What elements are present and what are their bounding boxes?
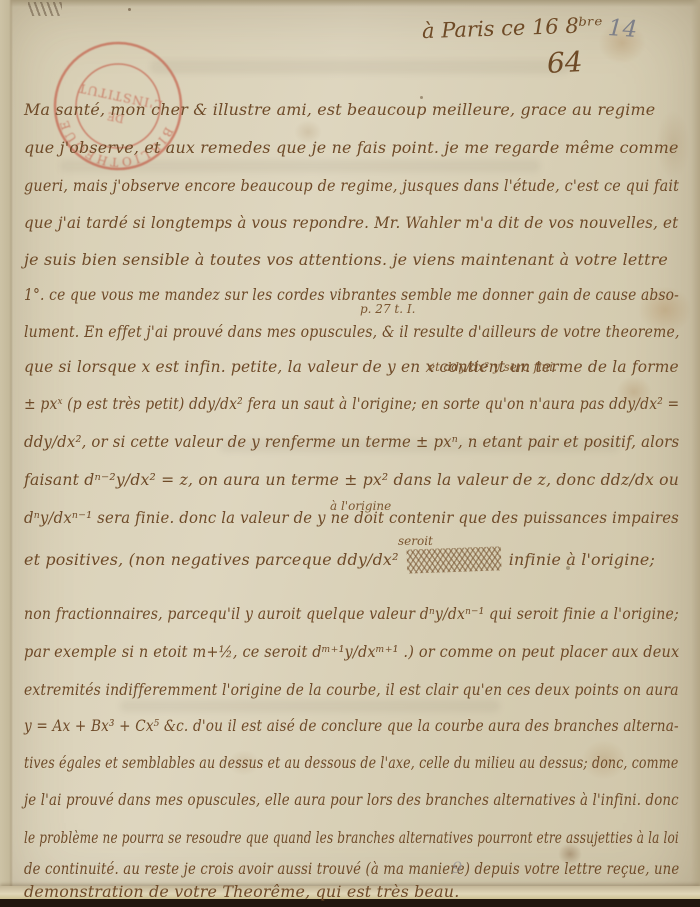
- letter-line: que j'ai tardé si longtemps à vous repon…: [24, 211, 646, 235]
- letter-line: que si lorsque x est infin. petite, la v…: [24, 355, 659, 379]
- page-left-edge: [0, 0, 13, 907]
- interlinear-note: seroit: [398, 534, 433, 548]
- letter-line: de continuité. au reste je crois avoir a…: [24, 857, 570, 881]
- letter-line: par exemple si n etoit m+½, ce seroit dᵐ…: [24, 640, 621, 664]
- letter-line-text: et positives, (non negatives parceque dd…: [24, 550, 399, 569]
- letter-line: tives égales et semblables au dessus et …: [24, 751, 543, 775]
- page-top-edge: [0, 0, 700, 7]
- letter-line: non fractionnaires, parcequ'il y auroit …: [24, 602, 603, 626]
- letter-line: demonstration de votre Theorême, qui est…: [24, 880, 679, 904]
- page-right-edge: [691, 0, 700, 907]
- letter-line: Ma santé, mon cher & illustre ami, est b…: [24, 98, 679, 122]
- letter-line: extremités indifferemment l'origine de l…: [24, 678, 598, 702]
- letter-line: 1°. ce que vous me mandez sur les cordes…: [24, 283, 594, 307]
- ink-speck: [128, 8, 131, 11]
- letter-line: et positives, (non negatives parceque dd…: [24, 548, 679, 572]
- letter-line: ddy/dx², or si cette valeur de y renferm…: [24, 430, 637, 454]
- date-line: à Paris ce 16 8ᵇʳᵉ: [422, 13, 603, 43]
- letter-line: je suis bien sensible à toutes vos atten…: [24, 248, 679, 272]
- crossed-out-scribble: [406, 546, 501, 573]
- pencil-mark: 9: [452, 858, 462, 877]
- letter-line-text: infinie à l'origine;: [509, 550, 655, 569]
- interlinear-note: p. 27 t. I.: [360, 302, 415, 316]
- letter-line: faisant dⁿ⁻²y/dx² = z, on aura un terme …: [24, 468, 668, 492]
- letter-line: ± pxˣ (p est très petit) ddy/dx² fera un…: [24, 392, 597, 416]
- corner-pencil-scribble: [28, 2, 62, 16]
- folio-pencil-number: 14: [607, 15, 638, 43]
- letter-line: lument. En effet j'ai prouvé dans mes op…: [24, 320, 602, 344]
- letter-line: je l'ai prouvé dans mes opuscules, elle …: [24, 788, 574, 812]
- letter-line: gueri, mais j'observe encore beaucoup de…: [24, 174, 618, 198]
- page-number: 64: [546, 45, 583, 80]
- manuscript-page: BIBLIOTHEQUE DE L'INSTITUT à Paris ce 16…: [0, 0, 700, 907]
- letter-line: y = Ax + Bx³ + Cx⁵ &c. d'ou il est aisé …: [24, 714, 586, 738]
- interlinear-note: et ddy/dx² y sera fini.: [428, 360, 557, 374]
- letter-line: le problème ne pourra se resoudre que qu…: [24, 826, 522, 850]
- interlinear-note: à l'origine: [330, 499, 391, 513]
- letter-line: que j'observe, et aux remedes que je ne …: [24, 136, 679, 160]
- bleedthrough-ghost: [150, 60, 570, 74]
